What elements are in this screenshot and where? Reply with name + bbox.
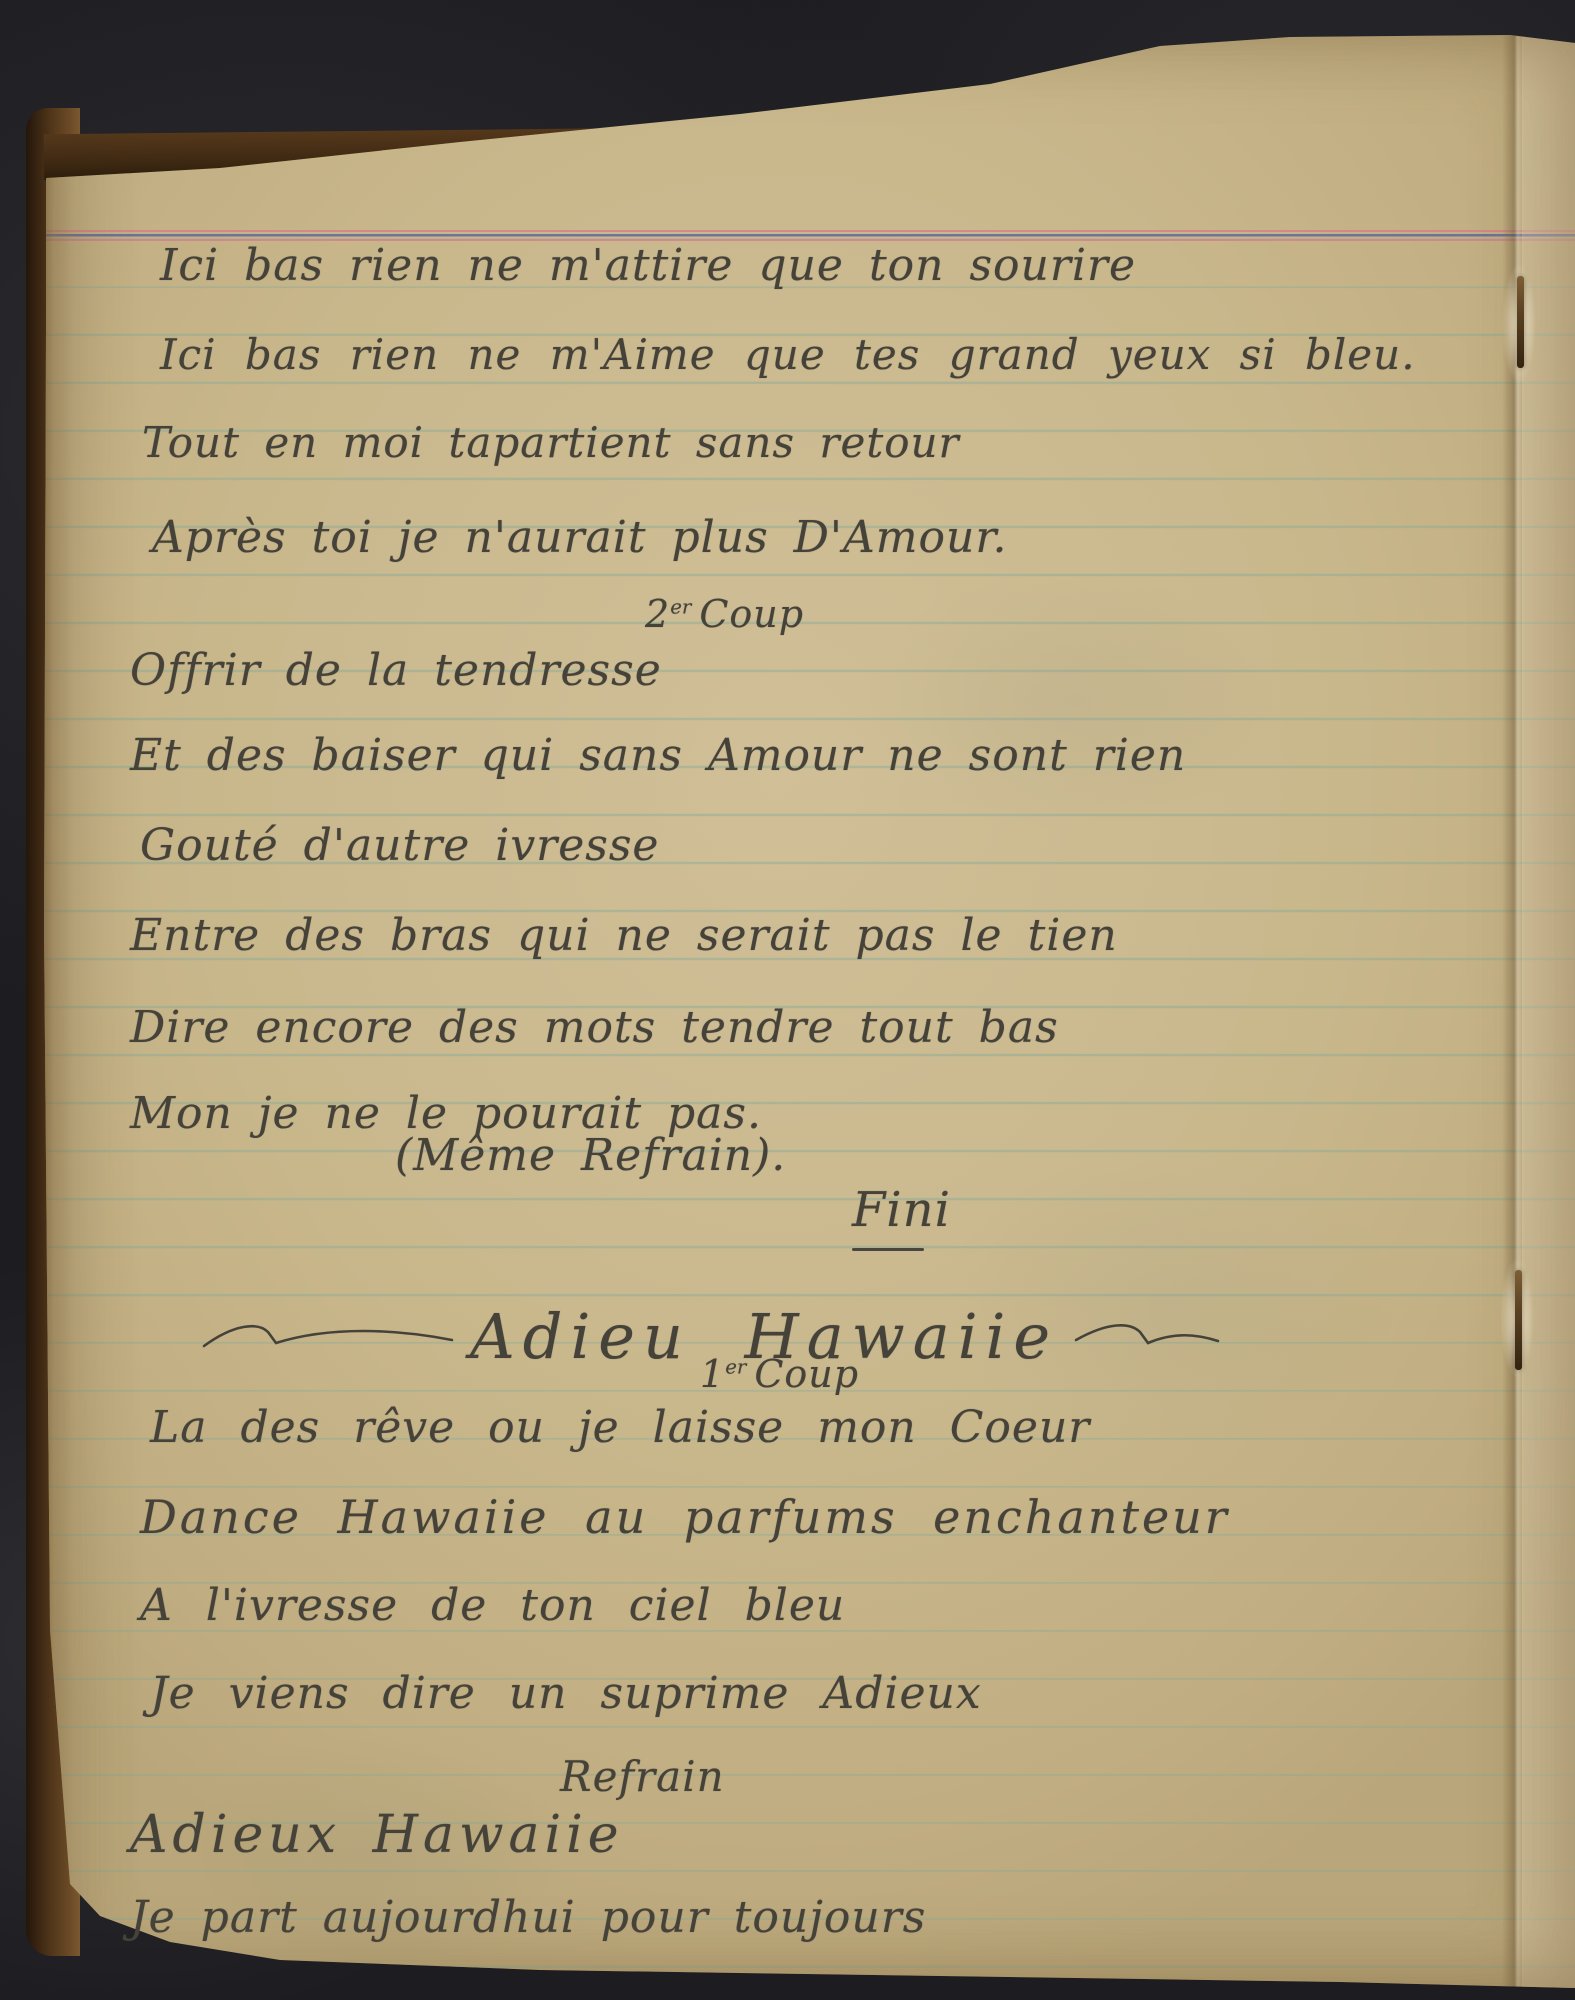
- lyric-line: Ici bas rien ne m'Aime que tes grand yeu…: [160, 330, 1416, 379]
- section-label: 1erCoup: [700, 1352, 859, 1396]
- lyric-line: Dance Hawaiie au parfums enchanteur: [140, 1490, 1230, 1544]
- lyric-line: Après toi je n'aurait plus D'Amour.: [152, 512, 1008, 563]
- staple-icon: [1515, 1270, 1522, 1370]
- section-superscript: er: [670, 595, 691, 618]
- lyric-line: Gouté d'autre ivresse: [140, 820, 659, 871]
- lyric-line: Je part aujourdhui pour toujours: [130, 1892, 926, 1943]
- refrain-note: (Même Refrain).: [395, 1130, 786, 1181]
- lyric-line: Ici bas rien ne m'attire que ton sourire: [160, 240, 1136, 291]
- section-number: 2: [645, 592, 670, 636]
- flourish-right-icon: [1072, 1316, 1222, 1358]
- lyric-line: Dire encore des mots tendre tout bas: [130, 1002, 1059, 1053]
- lyric-line: Tout en moi tapartient sans retour: [142, 418, 960, 467]
- lyric-line: A l'ivresse de ton ciel bleu: [140, 1580, 845, 1631]
- refrain-label: Refrain: [560, 1752, 725, 1801]
- section-superscript: er: [725, 1355, 746, 1378]
- section-number: 1: [700, 1352, 725, 1396]
- lyric-line: Et des baiser qui sans Amour ne sont rie…: [130, 730, 1186, 781]
- lyric-line: Entre des bras qui ne serait pas le tien: [130, 910, 1118, 961]
- lyric-line: Offrir de la tendresse: [130, 645, 662, 696]
- lyric-line: Adieux Hawaiie: [130, 1805, 624, 1865]
- lyric-line: La des rêve ou je laisse mon Coeur: [150, 1402, 1090, 1453]
- section-word: Coup: [754, 1352, 859, 1396]
- end-mark: Fini: [852, 1182, 951, 1238]
- scanned-notebook-photo: Ici bas rien ne m'attire que ton sourire…: [0, 0, 1575, 2000]
- flourish-left-icon: [200, 1316, 456, 1358]
- section-label: 2erCoup: [645, 592, 804, 636]
- section-word: Coup: [699, 592, 804, 636]
- lyric-line: Je viens dire un suprime Adieux: [150, 1668, 982, 1719]
- staple-icon: [1517, 276, 1524, 368]
- end-mark-underline: [852, 1248, 924, 1251]
